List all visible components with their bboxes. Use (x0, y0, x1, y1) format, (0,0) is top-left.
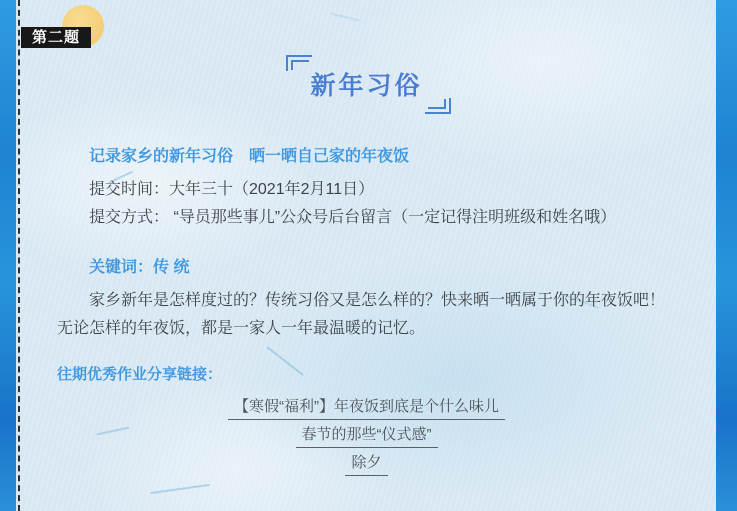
task-submit-method: 提交方式： “导员那些事儿”公众号后台留言（一定记得注明班级和姓名哦） (57, 204, 676, 232)
keyword-heading: 关键词：传 统 (57, 257, 676, 279)
link-row: 除夕 (57, 449, 676, 477)
page-title: 新年习俗 (310, 72, 422, 100)
notice-poster: 第二题 新年习俗 记录家乡的新年习俗 晒一晒自己家的年夜饭 提交时间：大年三十（… (0, 0, 737, 511)
keyword-body: 家乡新年是怎样度过的？传统习俗又是怎么样的？快来晒一晒属于你的年夜饭吧！无论怎样… (57, 287, 676, 343)
corner-bracket-top-left-icon (286, 55, 312, 73)
link-new-year-dinner-article[interactable]: 【寒假“福利”】年夜饭到底是个什么味儿 (228, 395, 505, 420)
link-row: 春节的那些“仪式感” (57, 421, 676, 449)
question-number-badge: 第二题 (21, 27, 91, 48)
links-heading: 往期优秀作业分享链接： (57, 365, 676, 385)
task-heading: 记录家乡的新年习俗 晒一晒自己家的年夜饭 (57, 146, 676, 168)
right-border-strip (716, 0, 737, 511)
link-new-years-eve-article[interactable]: 除夕 (345, 451, 387, 476)
links-section: 往期优秀作业分享链接： 【寒假“福利”】年夜饭到底是个什么味儿 春节的那些“仪式… (57, 365, 676, 477)
link-spring-festival-ritual-article[interactable]: 春节的那些“仪式感” (296, 423, 438, 448)
left-border-strip (0, 0, 16, 511)
task-section: 记录家乡的新年习俗 晒一晒自己家的年夜饭 提交时间：大年三十（2021年2月11… (57, 146, 676, 232)
keyword-section: 关键词：传 统 家乡新年是怎样度过的？传统习俗又是怎么样的？快来晒一晒属于你的年… (57, 257, 676, 343)
task-submit-time: 提交时间：大年三十（2021年2月11日） (57, 176, 676, 204)
link-row: 【寒假“福利”】年夜饭到底是个什么味儿 (57, 393, 676, 421)
corner-bracket-bottom-right-icon (425, 96, 451, 114)
title-block: 新年习俗 (57, 72, 676, 100)
content-area: 新年习俗 记录家乡的新年习俗 晒一晒自己家的年夜饭 提交时间：大年三十（2021… (20, 0, 716, 511)
